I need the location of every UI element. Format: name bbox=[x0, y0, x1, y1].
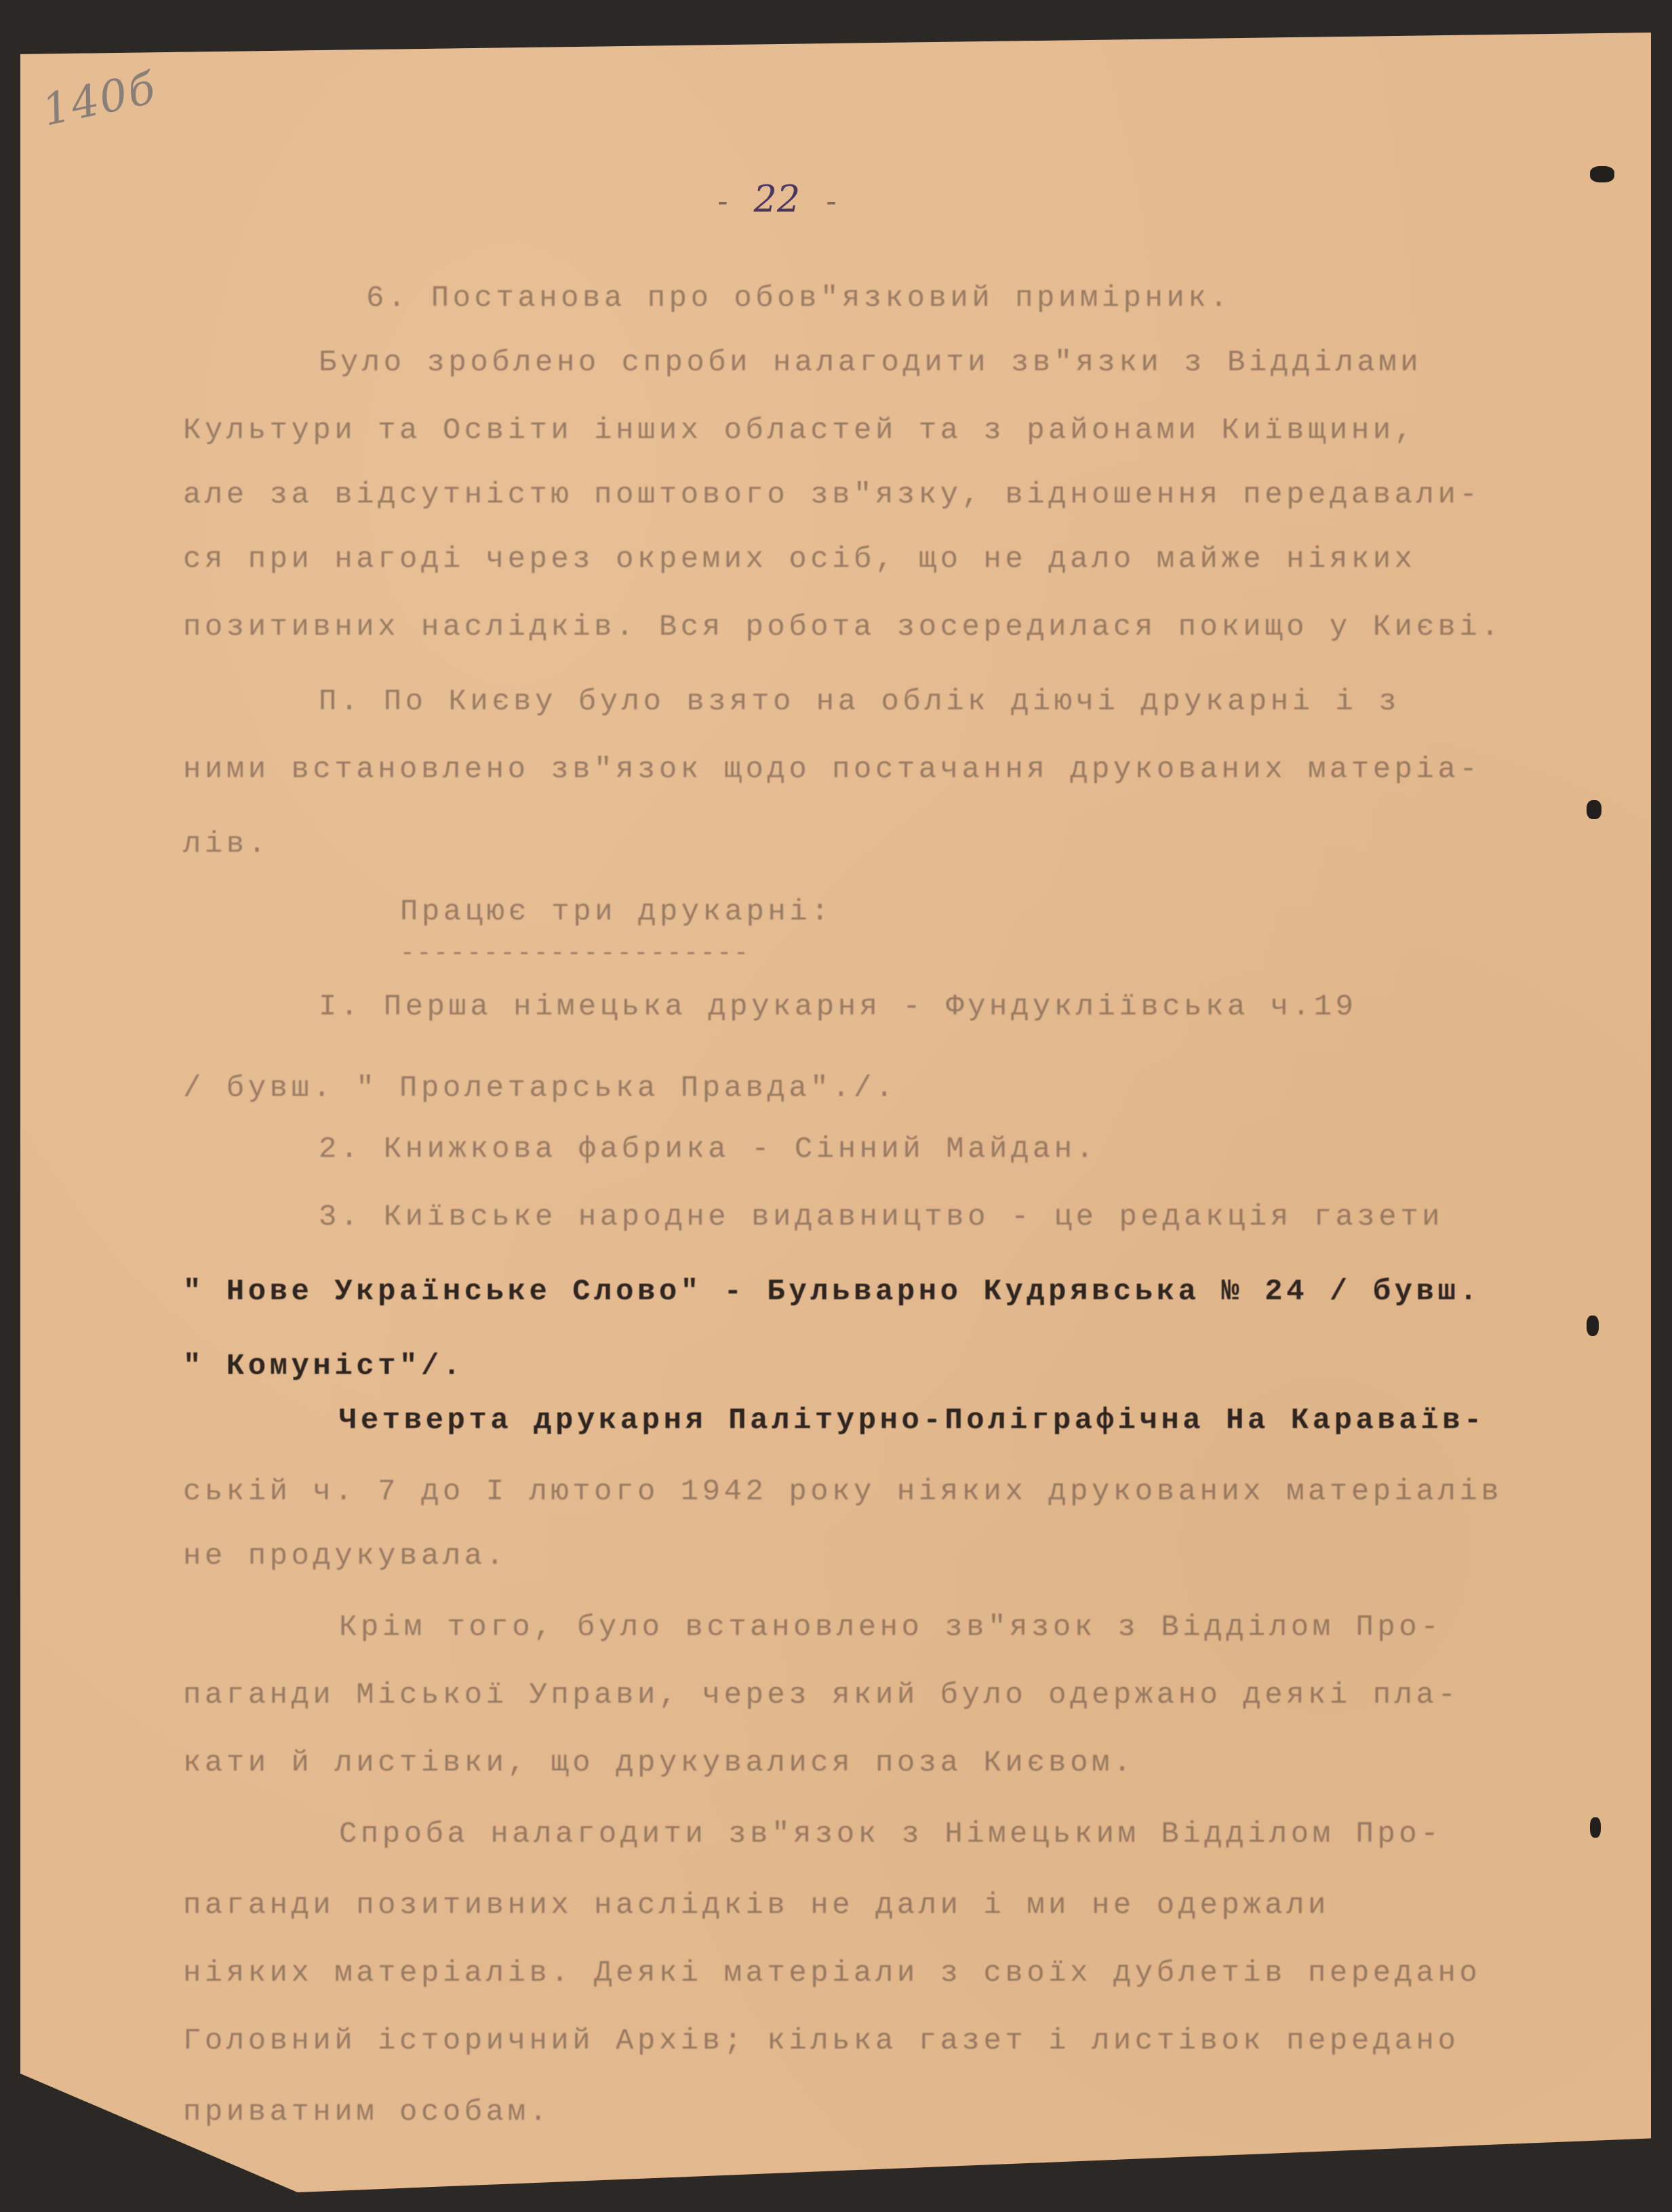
text-line: кати й листівки, що друкувалися поза Киє… bbox=[183, 1746, 1135, 1780]
text-line: П. По Києву було взято на облік діючі др… bbox=[319, 685, 1400, 719]
text-line: " Комуніст"/. bbox=[183, 1349, 464, 1383]
page-number-value: 22 bbox=[754, 178, 801, 220]
text-line: паганди позитивних наслідків не дали і м… bbox=[183, 1889, 1330, 1922]
list-item: I. Перша німецька друкарня - Фундукліївс… bbox=[319, 990, 1357, 1024]
text-line: Було зроблено спроби налагодити зв"язки … bbox=[319, 346, 1422, 380]
text-line: Крім того, було встановлено зв"язок з Ві… bbox=[339, 1611, 1442, 1644]
punch-hole bbox=[1590, 1817, 1601, 1838]
page-number-dash-right: - bbox=[826, 182, 837, 219]
text-line: Четверта друкарня Палітурно-Поліграфічна… bbox=[339, 1404, 1486, 1438]
text-line: приватним особам. bbox=[183, 2095, 551, 2129]
list-item: 3. Київське народне видавництво - це ред… bbox=[319, 1200, 1444, 1234]
punch-hole bbox=[1590, 166, 1614, 182]
text-line: " Нове Українське Слово" - Бульварно Куд… bbox=[183, 1275, 1481, 1309]
text-line: Культури та Освіти інших областей та з р… bbox=[183, 414, 1416, 448]
text-line: але за відсутністю поштового зв"язку, ві… bbox=[183, 478, 1481, 512]
text-line: ській ч. 7 до I лютого 1942 року ніяких … bbox=[183, 1475, 1502, 1509]
punch-hole bbox=[1587, 800, 1601, 819]
text-line: паганди Міської Управи, через який було … bbox=[183, 1678, 1459, 1712]
punch-hole bbox=[1587, 1316, 1599, 1336]
text-line: Спроба налагодити зв"язок з Німецьким Ві… bbox=[339, 1817, 1442, 1851]
text-line: не продукувала. bbox=[183, 1539, 508, 1573]
text-line: Головний історичний Архів; кілька газет … bbox=[183, 2024, 1459, 2058]
text-line: позитивних наслідків. Вся робота зосеред… bbox=[183, 610, 1502, 644]
subheading-underline: --------------------- bbox=[400, 939, 751, 967]
page-number: -22- bbox=[692, 178, 862, 220]
text-line: ся при нагоді через окремих осіб, що не … bbox=[183, 542, 1416, 576]
text-line: ними встановлено зв"язок щодо постачання… bbox=[183, 753, 1481, 787]
text-line: лів. bbox=[183, 827, 270, 861]
text-line: / бувш. " Пролетарська Правда"./. bbox=[183, 1071, 897, 1105]
text-line: ніяких матеріалів. Деякі матеріали з сво… bbox=[183, 1956, 1481, 1990]
list-item: 2. Книжкова фабрика - Сінний Майдан. bbox=[319, 1132, 1098, 1166]
printers-subheading: Працює три друкарні: bbox=[400, 895, 833, 929]
section-heading: 6. Постанова про обов"язковий примірник. bbox=[366, 281, 1231, 315]
page-number-dash-left: - bbox=[717, 182, 728, 219]
